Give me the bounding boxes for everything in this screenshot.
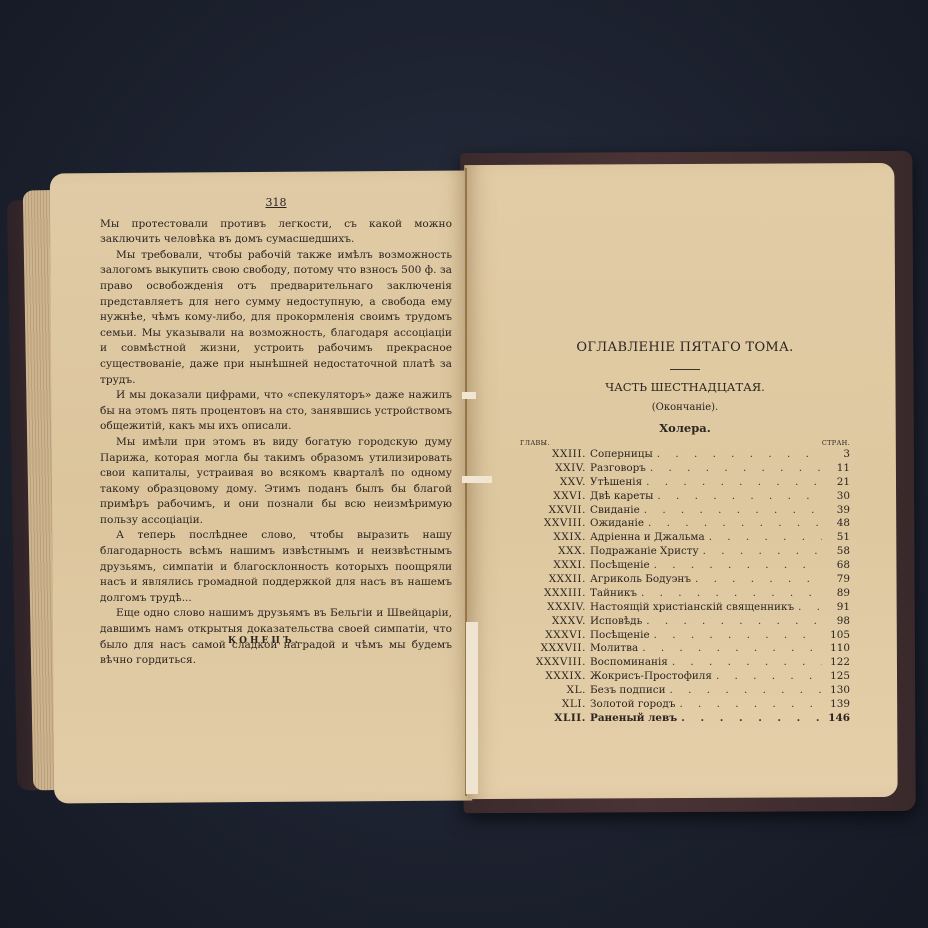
chapter-number: XXXI. [520,559,590,571]
toc-entry: XXIII.Соперницы3 [520,448,850,462]
dot-leader [675,698,822,710]
toc-entry: XXXIV.Настоящій христіанскій священникъ9… [520,601,850,615]
divider [670,369,700,370]
page-number: 318 [100,195,452,211]
chapter-number: XXXIX. [520,670,590,682]
chapter-title: Раненый левъ [590,712,677,724]
chapter-title: Двѣ кареты [590,490,653,502]
chapters-header: ГЛАВЫ. [520,439,550,447]
chapter-page: 58 [822,545,850,557]
table-of-contents: ОГЛАВЛЕНІЕ ПЯТАГО ТОМА. ЧАСТЬ ШЕСТНАДЦАТ… [520,340,850,726]
dot-leader [705,531,822,543]
chapter-title: Безъ подписи [590,684,666,696]
toc-entry: XXXVIII.Воспоминанія122 [520,656,850,670]
photo-scene: 318 Мы протестовали противъ легкости, съ… [0,0,928,928]
chapter-number: XXVI. [520,490,590,502]
chapter-page: 30 [822,490,850,502]
chapter-number: XXXV. [520,615,590,627]
chapter-number: XXXIII. [520,587,590,599]
chapter-number: XLII. [520,712,590,724]
toc-entry: XXV.Утѣшенія21 [520,476,850,490]
chapter-title: Молитва [590,642,638,654]
chapter-title: Жокрисъ-Простофиля [590,670,712,682]
chapter-title: Посѣщеніе [590,629,650,641]
chapter-page: 125 [822,670,850,682]
paragraph: Мы протестовали противъ легкости, съ как… [100,217,452,248]
toc-entry: XXXII.Агриколь Бодуэнъ79 [520,573,850,587]
toc-entry: XXXI.Посѣщеніе68 [520,559,850,573]
chapter-title: Золотой городъ [590,698,675,710]
chapter-title: Утѣшенія [590,476,642,488]
chapter-title: Подражаніе Христу [590,545,699,557]
chapter-number: XXIV. [520,462,590,474]
chapter-title: Агриколь Бодуэнъ [590,573,691,585]
toc-entry: XXVII.Свиданіе39 [520,504,850,518]
toc-entry: XLII.Раненый левъ146 [520,712,850,726]
chapter-title: Тайникъ [590,587,637,599]
chapter-title: Исповѣдь [590,615,642,627]
chapter-page: 11 [822,462,850,474]
dot-leader [653,490,822,502]
torn-paper-fragment [462,392,476,399]
chapter-title: Адріенна и Джальма [590,531,705,543]
chapter-page: 68 [822,559,850,571]
chapter-page: 21 [822,476,850,488]
chapter-number: XXXVIII. [520,656,590,668]
toc-entry: XL.Безъ подписи130 [520,684,850,698]
chapter-title: Воспоминанія [590,656,668,668]
chapter-title: Соперницы [590,448,653,460]
part-subtitle: (Окончаніе). [520,402,850,413]
toc-entry: XXXVII.Молитва110 [520,642,850,656]
dot-leader [644,517,822,529]
chapter-number: XXXVII. [520,642,590,654]
dot-leader [642,615,822,627]
toc-entry: XXX.Подражаніе Христу58 [520,545,850,559]
chapter-number: XXVIII. [520,517,590,529]
toc-entry: XXIV.Разговоръ11 [520,462,850,476]
paragraph: И мы доказали цифрами, что «спекуляторъ»… [100,388,452,435]
chapter-number: XXVII. [520,504,590,516]
dot-leader [699,545,822,557]
chapter-number: XL. [520,684,590,696]
chapter-page: 110 [822,642,850,654]
chapter-title: Ожиданіе [590,517,644,529]
chapter-number: XXV. [520,476,590,488]
dot-leader [650,559,822,571]
chapter-number: XLI. [520,698,590,710]
left-page-text: 318 Мы протестовали противъ легкости, съ… [100,195,452,669]
end-word: КОНЕЦЪ. [228,636,301,646]
section-title: Холера. [520,421,850,435]
toc-entry: XXXVI.Посѣщеніе105 [520,629,850,643]
chapter-page: 79 [822,573,850,585]
chapter-page: 89 [822,587,850,599]
chapter-number: XXIII. [520,448,590,460]
chapter-title: Настоящій христіанскій священникъ [590,601,794,613]
part-title: ЧАСТЬ ШЕСТНАДЦАТАЯ. [520,380,850,394]
binding-strip [466,622,478,794]
chapter-number: XXX. [520,545,590,557]
chapter-page: 105 [822,629,850,641]
paragraph: Мы требовали, чтобы рабочій также имѣлъ … [100,248,452,388]
dot-leader [653,448,822,460]
chapter-page: 146 [822,712,850,724]
chapter-page: 39 [822,504,850,516]
torn-paper-fragment [462,476,492,483]
dot-leader [794,601,822,613]
chapter-title: Разговоръ [590,462,646,474]
toc-title: ОГЛАВЛЕНІЕ ПЯТАГО ТОМА. [520,340,850,355]
dot-leader [691,573,822,585]
toc-entry: XXXIII.Тайникъ89 [520,587,850,601]
dot-leader [712,670,822,682]
dot-leader [640,504,822,516]
dot-leader [638,642,822,654]
chapter-page: 139 [822,698,850,710]
chapter-page: 98 [822,615,850,627]
chapter-page: 51 [822,531,850,543]
paragraph: А теперь послѣднее слово, чтобы выразить… [100,528,452,606]
dot-leader [646,462,822,474]
toc-entry: XXXIX.Жокрисъ-Простофиля125 [520,670,850,684]
dot-leader [642,476,822,488]
chapter-number: XXIX. [520,531,590,543]
dot-leader [650,629,822,641]
chapter-page: 91 [822,601,850,613]
column-headers: ГЛАВЫ. СТРАН. [520,439,850,447]
dot-leader [666,684,822,696]
toc-entry: XXXV.Исповѣдь98 [520,615,850,629]
chapter-number: XXXIV. [520,601,590,613]
chapter-page: 130 [822,684,850,696]
body-text: Мы протестовали противъ легкости, съ как… [100,217,452,669]
chapter-number: XXXVI. [520,629,590,641]
toc-entry: XXVIII.Ожиданіе48 [520,517,850,531]
chapter-page: 3 [822,448,850,460]
chapter-page: 122 [822,656,850,668]
paragraph: Мы имѣли при этомъ въ виду богатую город… [100,435,452,529]
toc-entry: XLI.Золотой городъ139 [520,698,850,712]
dot-leader [637,587,822,599]
toc-entry: XXIX.Адріенна и Джальма51 [520,531,850,545]
toc-entry: XXVI.Двѣ кареты30 [520,490,850,504]
toc-list: XXIII.Соперницы3XXIV.Разговоръ11XXV.Утѣш… [520,448,850,726]
dot-leader [668,656,822,668]
chapter-page: 48 [822,517,850,529]
chapter-title: Посѣщеніе [590,559,650,571]
chapter-title: Свиданіе [590,504,640,516]
dot-leader [677,712,822,724]
chapter-number: XXXII. [520,573,590,585]
pages-header: СТРАН. [822,439,850,447]
